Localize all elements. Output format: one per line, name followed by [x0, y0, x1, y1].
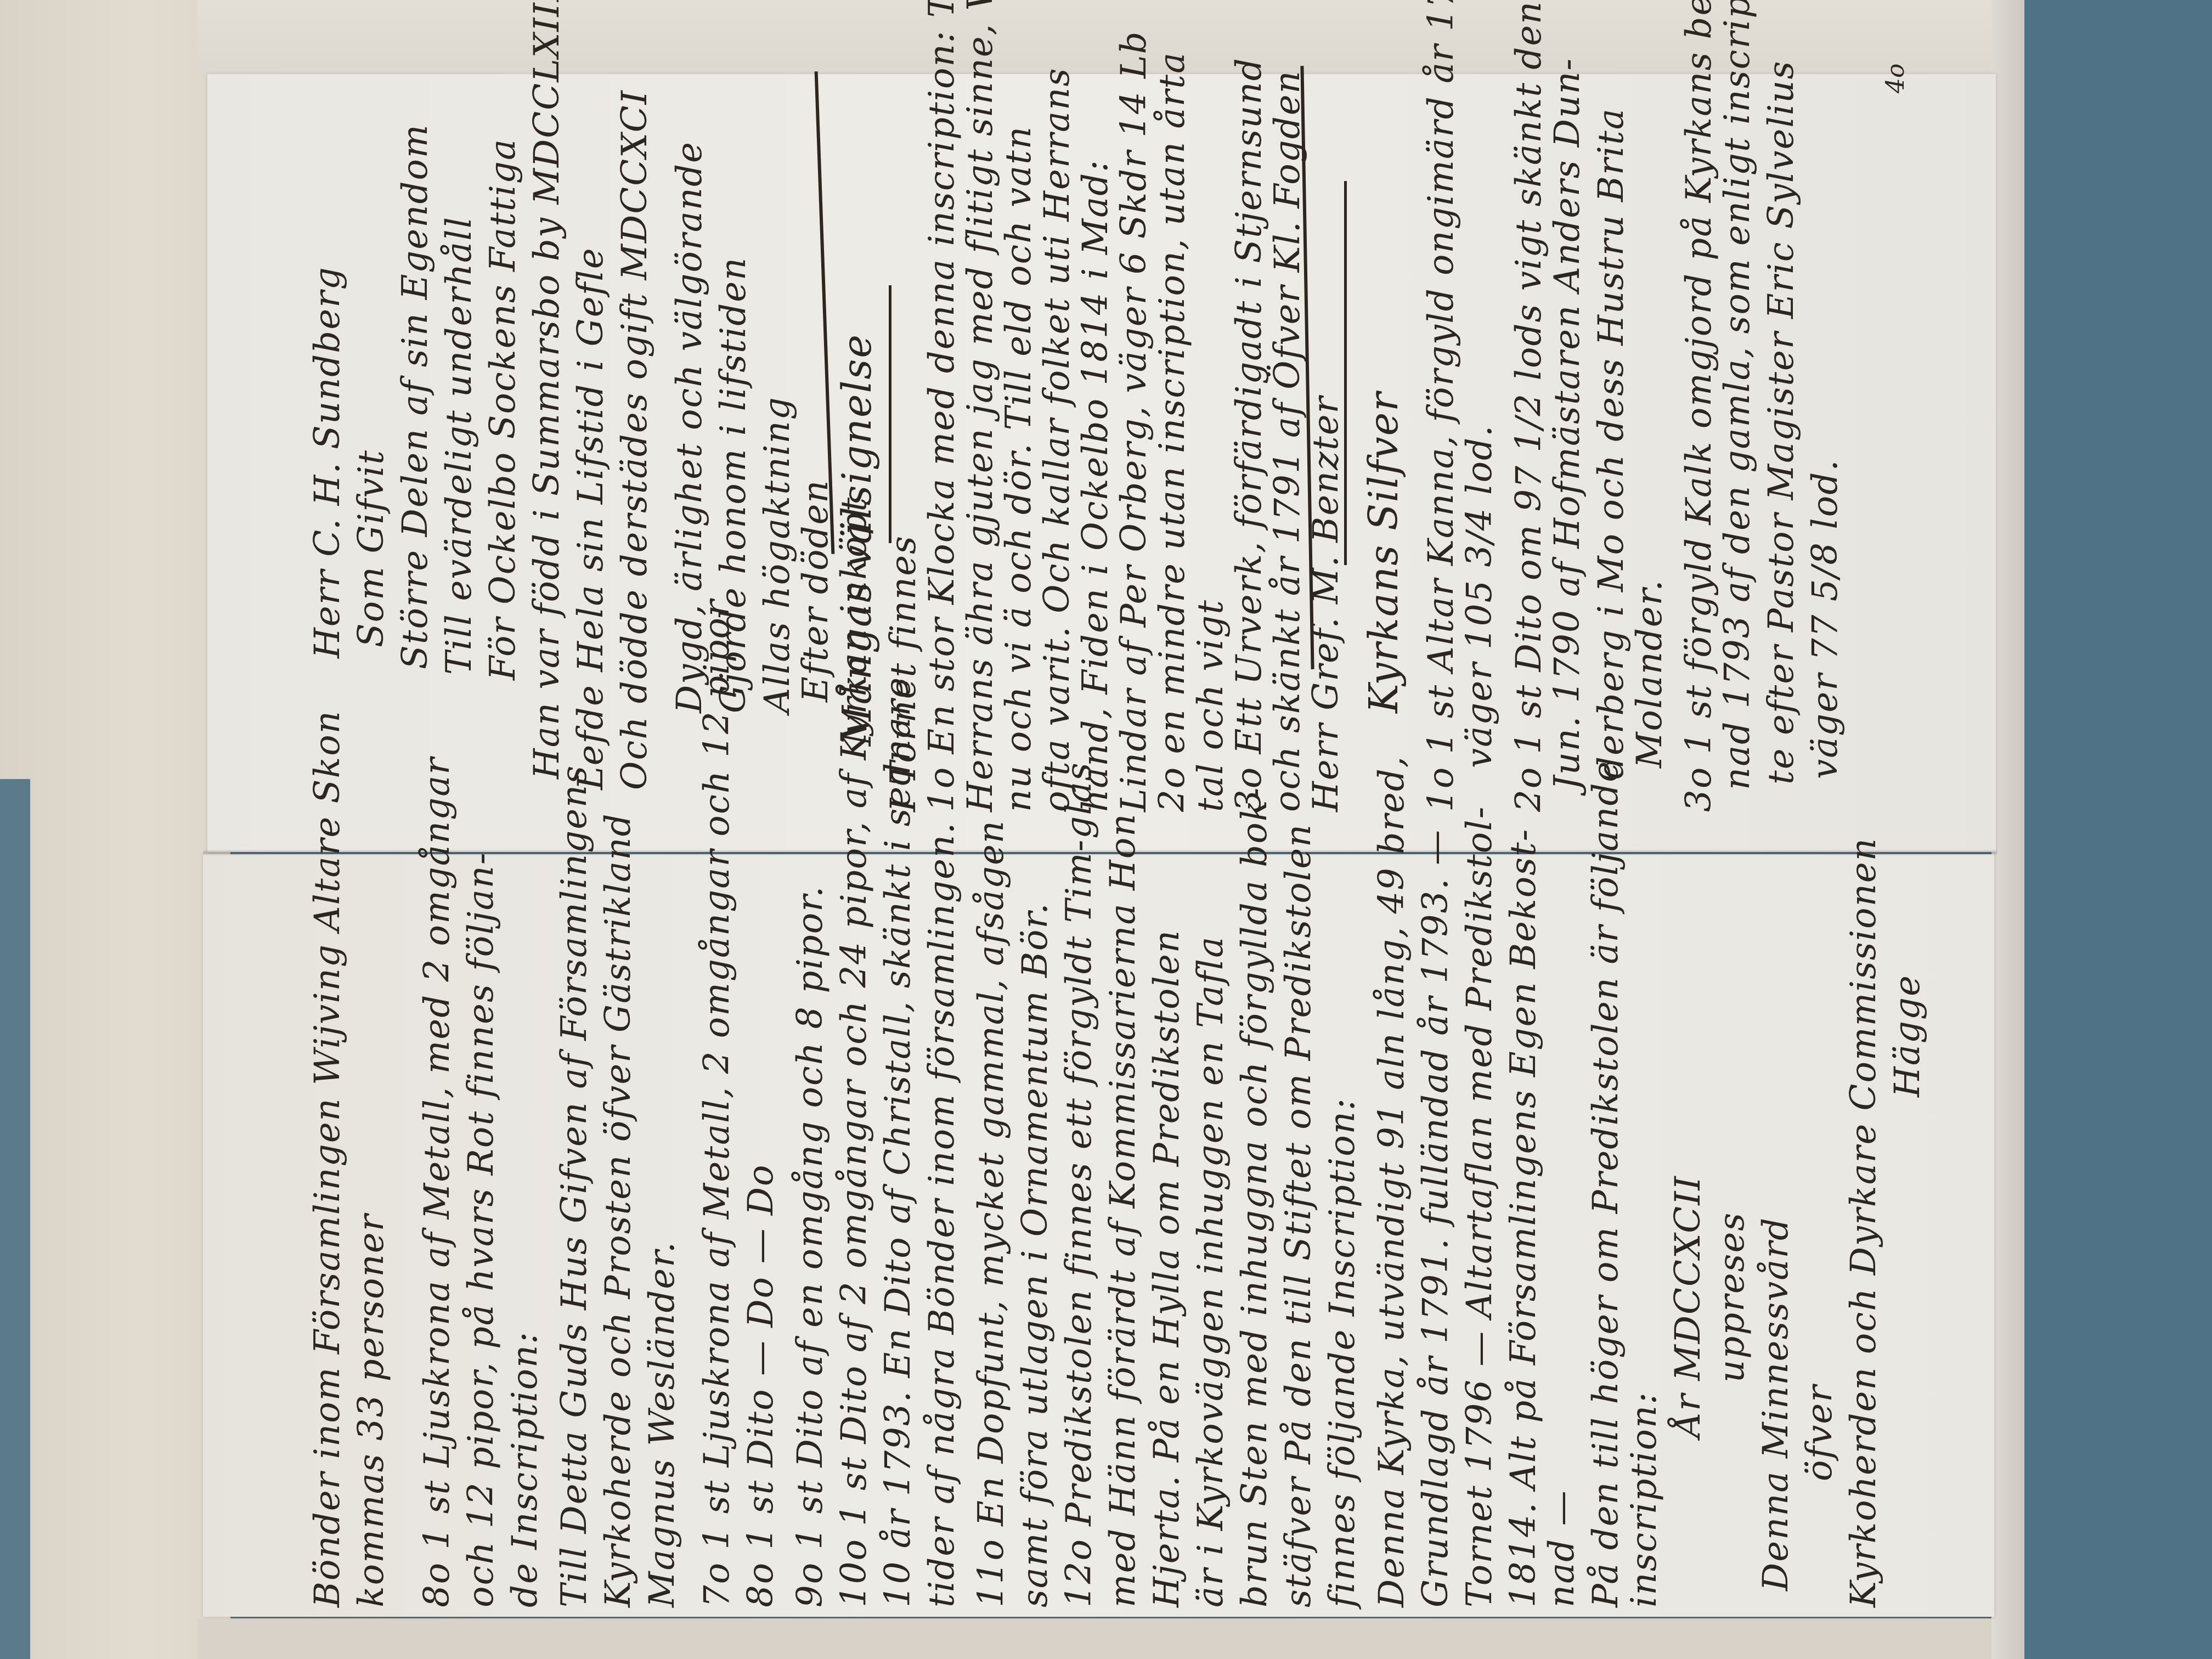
manuscript-line: är i Kyrkoväggen inhuggen en Tafla	[1190, 936, 1231, 1608]
manuscript-line: te efter Pastor Magister Eric Sylvelius	[1761, 60, 1802, 785]
manuscript-line: 10o 1 st Dito af 2 omgångar och 24 pipor…	[834, 496, 874, 1607]
manuscript-line: tal och vigt	[1190, 599, 1231, 812]
manuscript-line: nad 1793 af den gamla, som enligt inscri…	[1717, 0, 1758, 790]
manuscript-line: Hägge	[1887, 974, 1928, 1097]
manuscript-line: Allas högaktning	[757, 396, 798, 713]
manuscript-line: 12o Predikstolen finnes ett förgyldt Tim…	[1059, 761, 1099, 1607]
manuscript-line: Lindar af Per Orberg, väger 6 Skdr 14 Lb	[1114, 30, 1154, 812]
manuscript-line: 8o 1 st Ljuskrona af Metall, med 2 omgån…	[417, 757, 458, 1607]
manuscript-line: öfver	[1799, 1384, 1840, 1481]
backing-paper-bottom	[198, 1618, 2008, 1659]
manuscript-line: ofta varit. Och kallar folket uti Herran…	[1037, 67, 1077, 812]
manuscript-line: Kyrkoherden och Dyrkare Commissionen	[1843, 837, 1884, 1607]
manuscript-line: Denna Kyrka, utvändigt 91 aln lång, 49 b…	[1372, 755, 1412, 1607]
manuscript-line: kommas 33 personer	[351, 1214, 392, 1607]
manuscript-line: 1o En stor Klocka med denna inscription:…	[922, 0, 962, 812]
page-edge-right	[1991, 0, 2024, 1659]
manuscript-line: Till Detta Guds Hus Gifven af Församling…	[554, 765, 595, 1607]
manuscript-line: stäfver På den till Stiftet om Prediksto…	[1278, 823, 1319, 1607]
manuscript-line: Magnus Wesländer.	[642, 1241, 682, 1607]
manuscript-line: Jun. 1790 af Hofmästaren Anders Dun-	[1547, 58, 1588, 790]
manuscript-line: Herr C. H. Sundberg	[307, 266, 348, 658]
manuscript-line: hand, Fiden i Ockelbo 1814 i Mad:	[1075, 159, 1116, 812]
heading-underline	[889, 285, 891, 543]
manuscript-line: 2o en mindre utan inscription, utan årta	[1152, 52, 1193, 812]
manuscript-line: inscription:	[1624, 1391, 1664, 1607]
manuscript-line: tider af några Bönder inom församlingen.	[922, 822, 962, 1607]
manuscript-line: Hjerta. På en Hylla om Predikstolen	[1147, 929, 1187, 1607]
manuscript-line: derberg i Mo och dess Hustru Brita	[1591, 108, 1632, 779]
manuscript-line: 1o 1 st Altar Kanna, förgyld ongimärd år…	[1421, 0, 1462, 812]
manuscript-line: 3o 1 st förgyld Kalk omgjord på Kyrkans …	[1679, 0, 1719, 812]
heading-underline	[1344, 181, 1347, 565]
manuscript-line: Större Delen af sin Egendom	[395, 123, 436, 669]
manuscript-line: På den till höger om Predikstolen är föl…	[1585, 760, 1626, 1607]
manuscript-line: samt föra utlagen i Ornamentum Bör.	[1015, 902, 1056, 1608]
manuscript-line: Lefde Hela sin Lifstid i Gefle	[571, 247, 611, 790]
background-strip	[0, 779, 30, 1659]
manuscript-line: uppreses	[1712, 1212, 1752, 1383]
manuscript-line: 7o 1 st Ljuskrona af Metall, 2 omgångar …	[697, 599, 737, 1607]
manuscript-line: de Inscription:	[505, 1331, 545, 1607]
manuscript-line: brun Sten med inhuggna och förgyllda bok…	[1234, 787, 1275, 1607]
manuscript-line: och 12 pipor, på hvars Rot finnes följan…	[461, 851, 501, 1607]
manuscript-line: Kyrkoherde och Prosten öfver Gästrikland	[598, 813, 639, 1607]
manuscript-line: 2o 1 st Dito om 97 1/2 lods vigt skänkt …	[1509, 0, 1549, 812]
manuscript-line: 9o 1 st Dito af en omgång och 8 pipor.	[790, 885, 831, 1607]
manuscript-line: och skänkt år 1791 af Öfver Kl. Fogden	[1267, 70, 1308, 812]
manuscript-line: 10 år 1793. En Dito af Christall, skänkt…	[878, 676, 918, 1607]
manuscript-line: nad —	[1542, 1489, 1582, 1607]
section-heading: Kyrkans Silfver	[1361, 391, 1407, 713]
manuscript-line: Tornet 1796 — Altartaflan med Predikstol…	[1459, 806, 1500, 1607]
manuscript-line: nu och vi ä och dör. Till eld och vatn	[998, 126, 1039, 812]
manuscript-line: väger 77 5/8 lod.	[1805, 459, 1846, 779]
manuscript-line: med Hänn förärdt af Kommissarierna Hon	[1103, 812, 1143, 1607]
manuscript-line: finnes följande Inscription:	[1322, 1098, 1363, 1607]
manuscript-line: 1814. Alt på Församlingens Egen Bekost-	[1503, 828, 1544, 1607]
manuscript-line: Han var född i Summarsbo by MDCCLXIII	[527, 0, 567, 779]
manuscript-line: Bönder inom Församlingen Wijving Altare …	[307, 710, 348, 1607]
manuscript-line: Och dödde derstädes ogift MDCCXCI	[614, 89, 655, 790]
manuscript-line: För Ockelbo Sockens Fattiga	[483, 138, 523, 680]
manuscript-line: Molander.	[1629, 579, 1670, 768]
manuscript-line: Till evärdeligt underhåll	[439, 216, 479, 675]
manuscript-line: väger 105 3/4 lod.	[1459, 425, 1500, 768]
manuscript-line: Denna Minnessvård	[1756, 1217, 1796, 1591]
manuscript-line: Grundlagd år 1791. fulländad år 1793. —	[1415, 829, 1456, 1607]
manuscript-line: År MDCCXCII	[1668, 1175, 1708, 1437]
manuscript-line: Som Gifvit	[351, 449, 392, 647]
page-number: 4o	[1882, 64, 1910, 93]
manuscript-line: 11o En Dopfunt, mycket gammal, afsågen	[971, 820, 1012, 1607]
backing-paper-left	[0, 0, 230, 1659]
manuscript-line: Herrans ähra gjuten jag med flitigt sinn…	[960, 0, 1001, 812]
manuscript-line: 3o Ett Urverk, förfärdigadt i Stjernsund	[1229, 57, 1269, 812]
manuscript-line: 8o 1 st Dito — Do — Do	[741, 1164, 781, 1607]
